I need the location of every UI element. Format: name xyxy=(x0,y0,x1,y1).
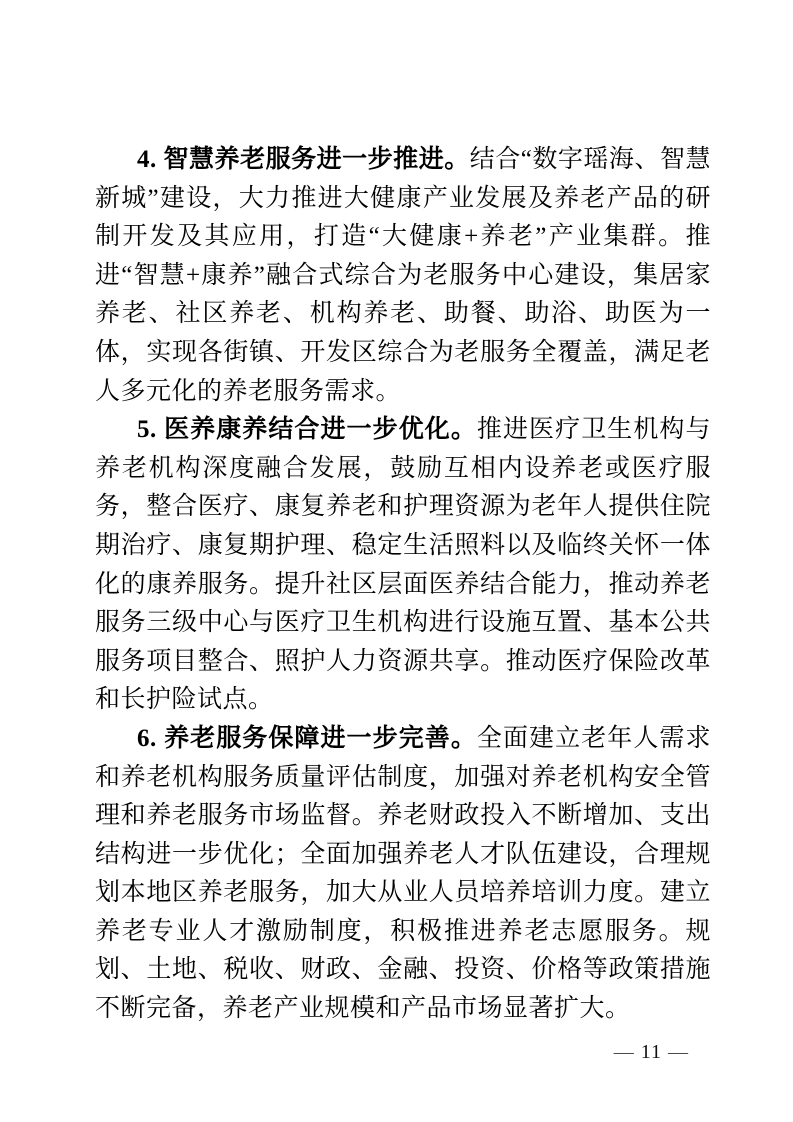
document-body: 4. 智慧养老服务进一步推进。结合“数字瑶海、智慧新城”建设，大力推进大健康产业… xyxy=(95,141,711,1029)
page-number-dash-left: — xyxy=(608,1041,641,1063)
paragraph-6-body: 全面建立老年人需求和养老机构服务质量评估制度，加强对养老机构安全管理和养老服务市… xyxy=(95,725,711,1022)
paragraph-6-heading: 6. 养老服务保障进一步完善。 xyxy=(137,725,477,752)
document-page: 4. 智慧养老服务进一步推进。结合“数字瑶海、智慧新城”建设，大力推进大健康产业… xyxy=(0,0,793,1122)
paragraph-5-body: 推进医疗卫生机构与养老机构深度融合发展，鼓励互相内设养老或医疗服务，整合医疗、康… xyxy=(95,416,711,713)
paragraph-service-guarantee: 6. 养老服务保障进一步完善。全面建立老年人需求和养老机构服务质量评估制度，加强… xyxy=(95,720,711,1029)
page-number-value: 11 xyxy=(641,1041,662,1063)
paragraph-smart-elderly-care: 4. 智慧养老服务进一步推进。结合“数字瑶海、智慧新城”建设，大力推进大健康产业… xyxy=(95,141,711,411)
paragraph-5-heading: 5. 医养康养结合进一步优化。 xyxy=(137,416,477,443)
paragraph-4-body: 结合“数字瑶海、智慧新城”建设，大力推进大健康产业发展及养老产品的研制开发及其应… xyxy=(95,146,711,405)
paragraph-medical-care-integration: 5. 医养康养结合进一步优化。推进医疗卫生机构与养老机构深度融合发展，鼓励互相内… xyxy=(95,411,711,720)
paragraph-4-heading: 4. 智慧养老服务进一步推进。 xyxy=(137,146,470,173)
page-number: —11— xyxy=(608,1040,695,1064)
page-number-dash-right: — xyxy=(662,1041,695,1063)
